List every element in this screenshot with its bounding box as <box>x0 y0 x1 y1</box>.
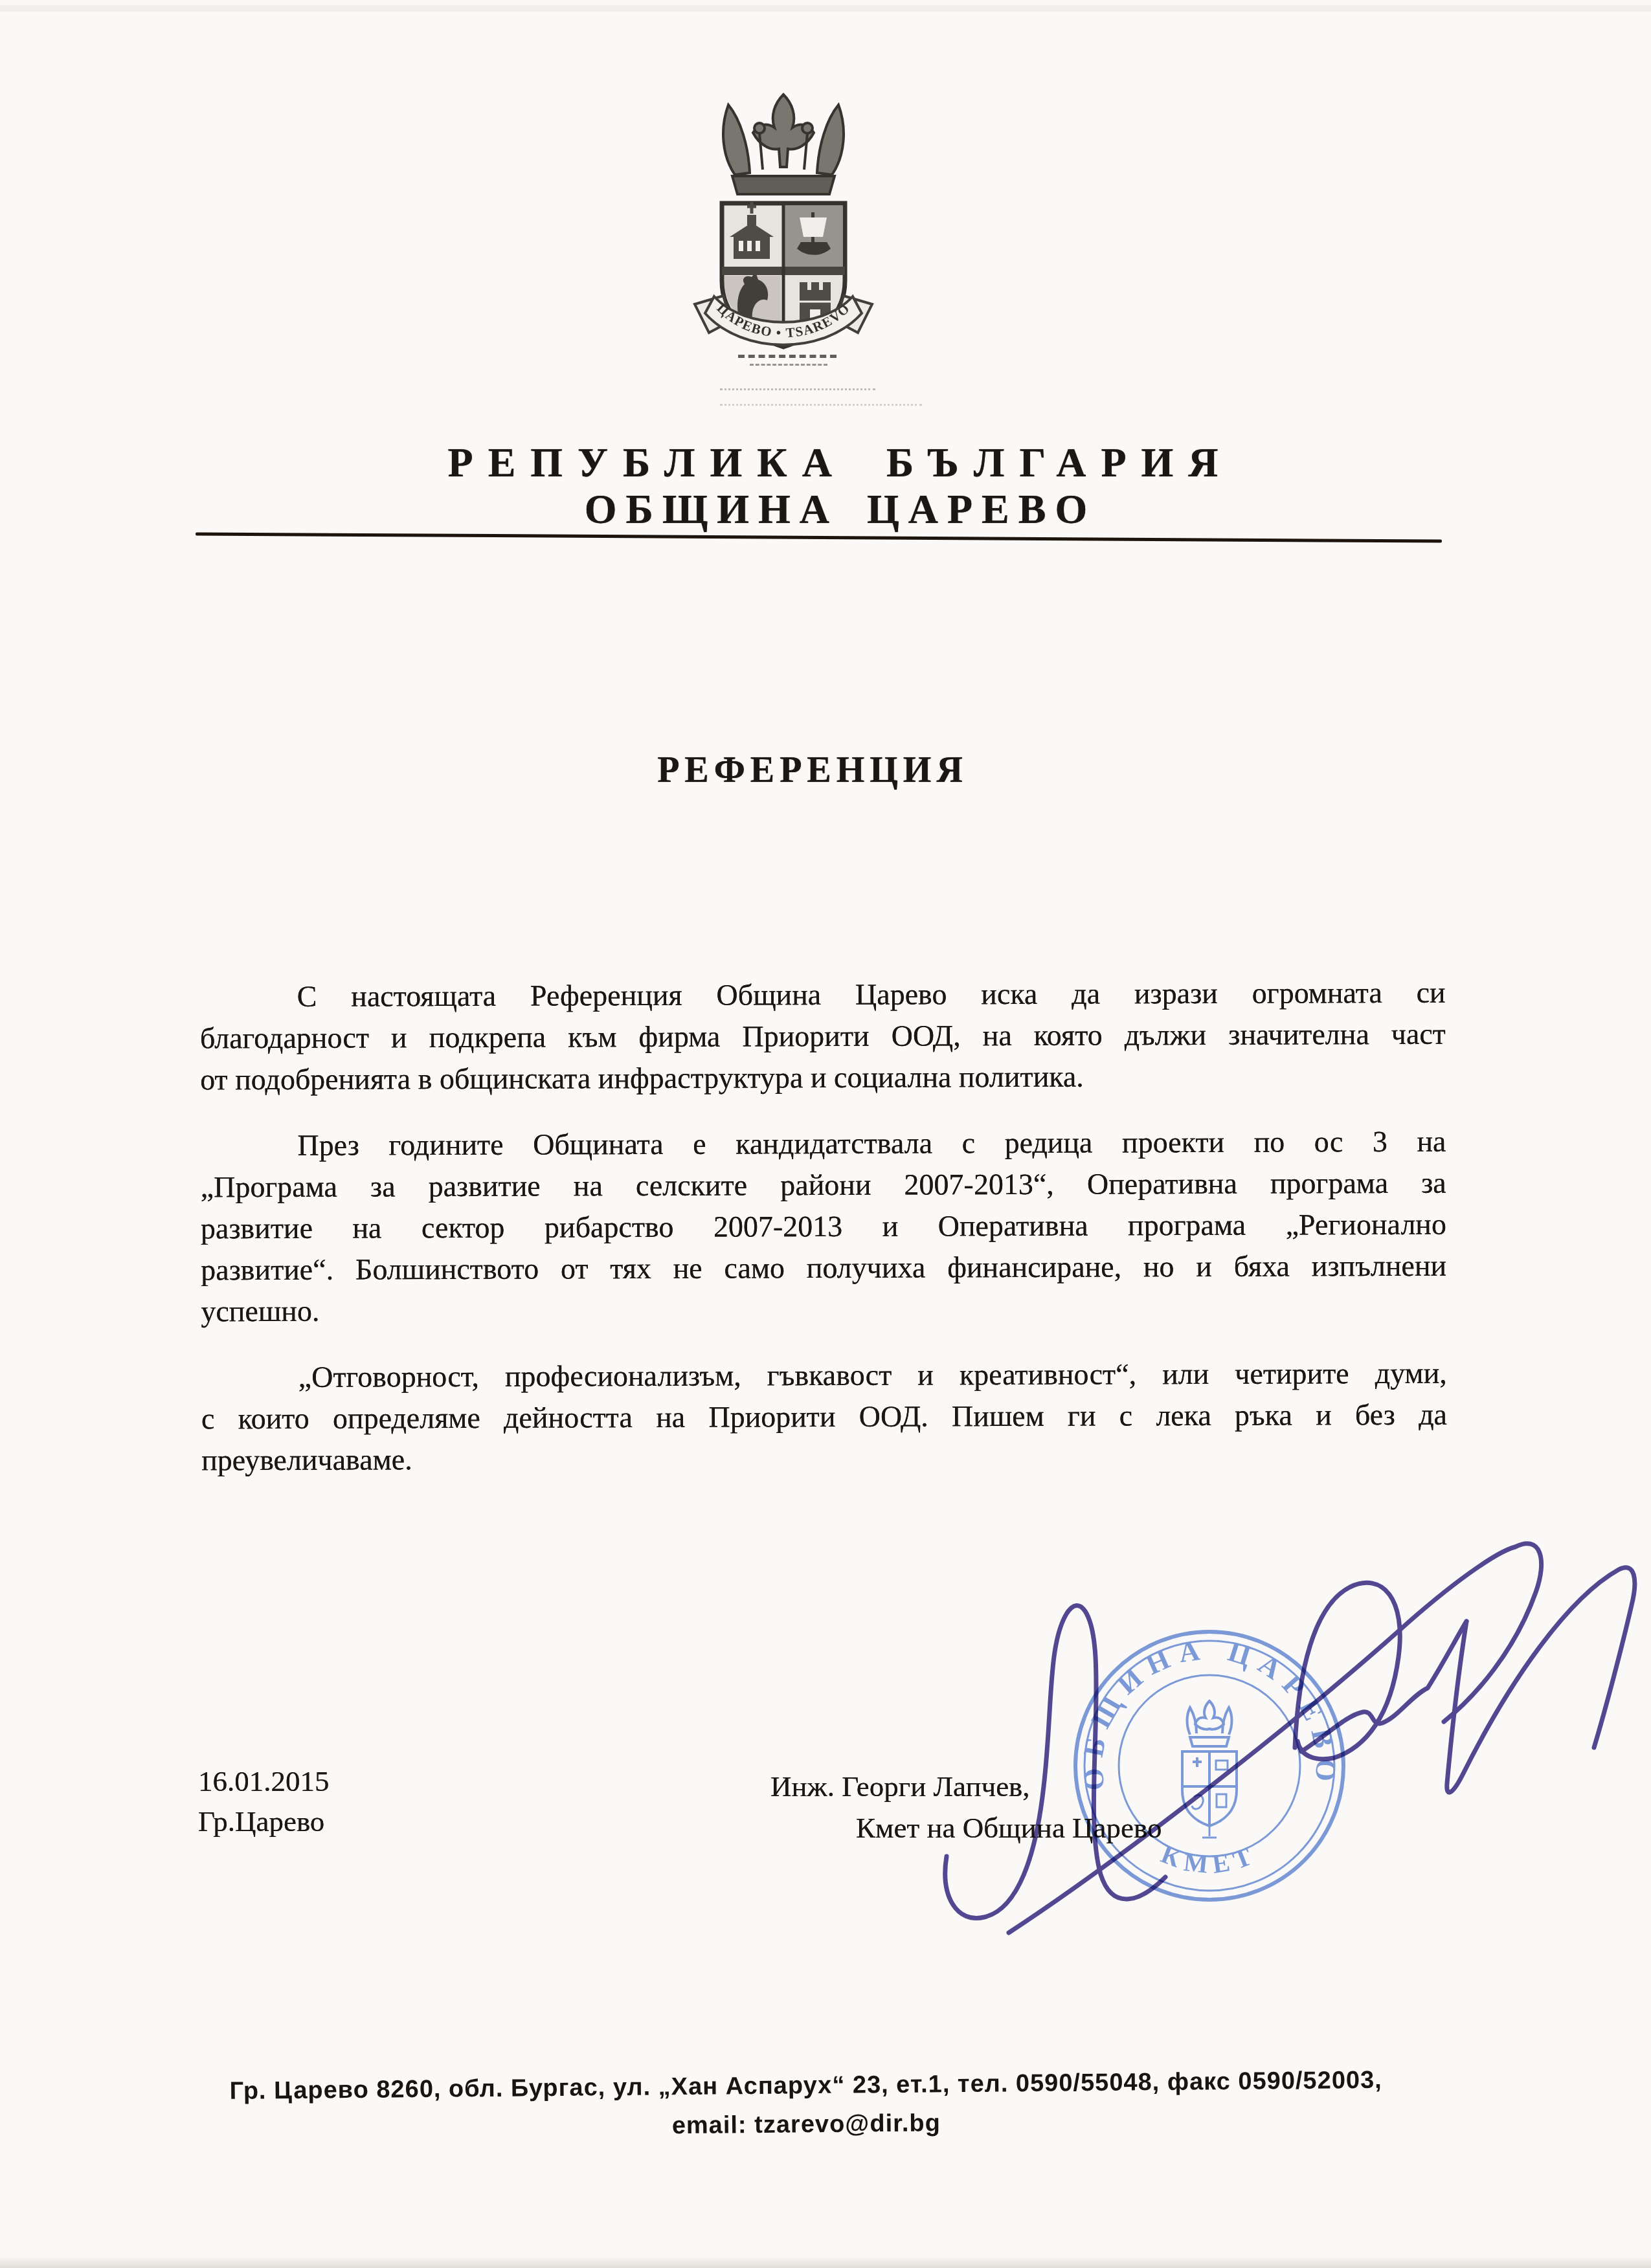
paragraph-line: С настоящата Референция Община Царево ис… <box>200 972 1446 1018</box>
footer: Гр. Царево 8260, обл. Бургас, ул. „Хан А… <box>0 2058 1632 2151</box>
paragraph-line: успешно. <box>201 1287 1446 1333</box>
signature-stroke <box>1301 1621 1466 1751</box>
paragraph: С настоящата Референция Община Царево ис… <box>200 972 1446 1101</box>
letter-body: С настоящата Референция Община Царево ис… <box>200 972 1448 1506</box>
paragraph-line: „Отговорност, професионализъм, гъвкавост… <box>201 1353 1447 1399</box>
place-line: Гр.Царево <box>198 1803 324 1840</box>
crown-icon <box>723 94 844 194</box>
document-page: ЦАРЕВО • TSAREVO РЕПУБЛИКА БЪЛГАРИЯ ОБЩИ… <box>0 0 1651 2268</box>
paragraph-line: През годините Общината е кандидатствала … <box>200 1121 1446 1167</box>
paragraph-line: развитие“. Болшинството от тях не само п… <box>201 1245 1446 1291</box>
signature-stroke <box>945 1605 1165 1918</box>
republic-line: РЕПУБЛИКА БЪЛГАРИЯ <box>15 441 1651 484</box>
paragraph-line: от подобренията в общинската инфраструкт… <box>200 1055 1446 1101</box>
signature-stroke <box>1295 1583 1400 1759</box>
paragraph-line: развитие на сектор рибарство 2007-2013 и… <box>201 1204 1446 1250</box>
paragraph-line: благодарност и подкрепа към фирма Приори… <box>200 1014 1446 1060</box>
header-rule <box>196 532 1442 542</box>
paragraph-line: преувеличаваме. <box>201 1436 1447 1482</box>
paragraph-line: „Програма за развитие на селските райони… <box>201 1162 1446 1208</box>
scan-edge-artifact <box>0 2258 1651 2268</box>
scan-noise-artifact <box>720 388 875 390</box>
scan-noise-artifact <box>720 404 922 406</box>
paragraph: „Отговорност, професионализъм, гъвкавост… <box>201 1353 1448 1482</box>
paragraph-line: с които определяме дейността на Приорити… <box>201 1394 1447 1440</box>
signature-stroke <box>1447 1568 1635 1792</box>
paragraph: През годините Общината е кандидатствала … <box>200 1121 1446 1333</box>
document-title: РЕФЕРЕНЦИЯ <box>0 750 1638 791</box>
coat-of-arms: ЦАРЕВО • TSAREVO <box>683 91 884 369</box>
handwritten-signature <box>893 1489 1651 1994</box>
scan-edge-artifact <box>0 5 1651 12</box>
municipality-line: ОБЩИНА ЦАРЕВО <box>15 488 1651 531</box>
date-line: 16.01.2015 <box>198 1763 330 1799</box>
signature-stroke <box>1009 1544 1542 1933</box>
